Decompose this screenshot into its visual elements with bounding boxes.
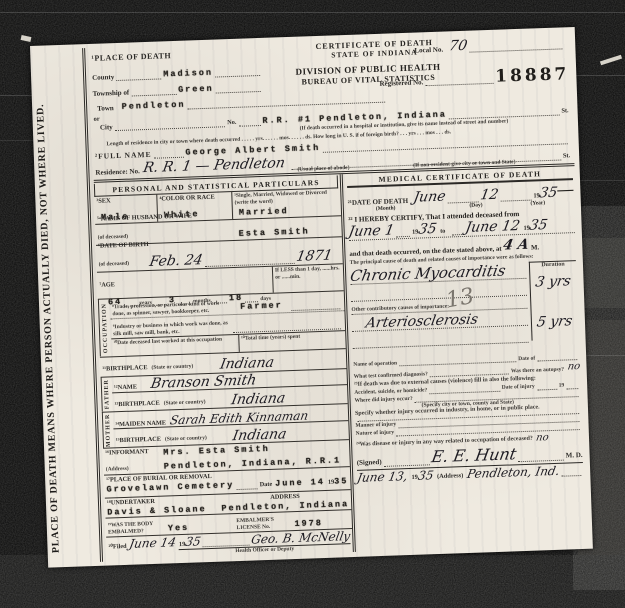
address-label: (Address): [437, 472, 463, 480]
injury-year-prefix: 19: [559, 383, 565, 390]
spouse-value: Esta Smith: [239, 227, 310, 239]
father-bp-value: Indiana: [230, 391, 286, 407]
dotted-leader: [384, 462, 430, 467]
residence-st-label: St.: [563, 153, 570, 161]
license-label: EMBALMER'S LICENSE No.: [236, 517, 284, 532]
local-no-label: Local No.: [414, 45, 443, 54]
dotted-leader: [291, 307, 340, 312]
filed-label: ²⁰Filed: [108, 543, 126, 551]
dotted-leader: [216, 89, 261, 94]
contributory-value: Arteriosclerosis: [365, 312, 479, 330]
embalmed-value: Yes: [168, 523, 190, 534]
dotted-leader: [562, 473, 582, 477]
county-row: County Madison: [92, 66, 262, 82]
signed-year-value: 35: [417, 469, 434, 482]
birthplace-sublabel: (State or country): [151, 363, 193, 370]
sex-label: ³SEX: [96, 196, 154, 206]
occupation-block: OCCUPATION ⁸Trade, profession, or partic…: [98, 292, 346, 358]
birthplace-label: ¹¹BIRTHPLACE: [102, 364, 147, 373]
burial-date-value: June 14: [275, 477, 325, 489]
registered-no-label: Registered No.: [379, 78, 423, 88]
cause-duration-value: 3 yrs: [535, 274, 573, 289]
signed-date-value: June 13,: [356, 470, 408, 484]
ink-dash: —: [557, 181, 574, 200]
father-bp-label: ¹³BIRTHPLACE: [114, 399, 159, 408]
town-label: Town: [97, 104, 114, 113]
age-label: ⁷AGE: [99, 282, 115, 290]
filed-year-value: 35: [184, 536, 201, 549]
date-of-label: Date of: [518, 355, 535, 362]
cause-of-death-area: 13 Chronic Myocarditis Other contributor…: [350, 260, 579, 360]
occupation-rows: ⁸Trade, profession, or particular kind o…: [110, 292, 346, 357]
father-bp-sublabel: (State or country): [164, 399, 206, 406]
certificate-form: ¹PLACE OF DEATH CERTIFICATE OF DEATH STA…: [82, 31, 588, 562]
marital-value: Married: [239, 206, 289, 218]
dob-year-value: 1871: [296, 249, 334, 264]
full-name-label: ²FULL NAME: [95, 150, 152, 161]
attended-to-value: June 12: [464, 219, 521, 235]
dotted-leader: [451, 232, 463, 235]
father-vertical-label: FATHER: [101, 377, 113, 411]
medical-certificate-column: MEDICAL CERTIFICATE OF DEATH ²¹DATE OF D…: [343, 166, 588, 552]
physician-signature: E. E. Hunt: [430, 446, 517, 465]
pencil-number: 13: [444, 284, 476, 313]
city-label: City: [100, 123, 113, 132]
nature-label: Nature of injury: [356, 429, 395, 437]
mother-bp-value: Indiana: [231, 428, 287, 444]
autopsy-value: no: [566, 362, 580, 373]
color-label: ⁴COLOR OR RACE: [159, 193, 229, 203]
marital-label: ⁵Single, Married, Widowed or Divorced (w…: [234, 189, 338, 206]
signed-address-value: Pendleton, Ind.: [466, 464, 560, 479]
main-sections: PERSONAL AND STATISTICAL PARTICULARS ³SE…: [94, 163, 588, 561]
marital-cell: ⁵Single, Married, Widowed or Divorced (w…: [232, 188, 341, 219]
mother-bp-label: ¹⁵BIRTHPLACE: [116, 436, 161, 445]
dod-month-value: June: [413, 190, 447, 205]
spouse-label: ⁵ᵃNAME OF HUSBAND OR WIFE: [97, 213, 192, 223]
death-certificate-document: PLACE OF DEATH MEANS WHERE PERSON ACTUAL…: [30, 27, 593, 568]
signed-label: (Signed): [357, 458, 382, 467]
county-value: Madison: [163, 68, 213, 80]
dotted-leader: [518, 457, 564, 462]
month-sublabel: (Month): [376, 205, 396, 212]
dotted-leader: [215, 73, 260, 78]
personal-statistical-column: PERSONAL AND STATISTICAL PARTICULARS ³SE…: [94, 174, 356, 560]
scanned-page: PLACE OF DEATH MEANS WHERE PERSON ACTUAL…: [0, 0, 625, 608]
township-label: Township of: [93, 88, 130, 98]
dotted-leader: [566, 386, 578, 389]
film-scratch: [575, 180, 625, 181]
dod-day-value: 12: [479, 188, 499, 203]
license-value: 1978: [294, 518, 323, 529]
occupation-vertical-label: OCCUPATION: [98, 300, 112, 357]
dotted-leader: [115, 124, 226, 131]
local-no-value: 70: [448, 39, 468, 54]
filed-date-value: June 14: [128, 537, 177, 551]
dob-label: ⁶DATE OF BIRTH: [98, 241, 149, 250]
father-name-value: Branson Smith: [150, 373, 258, 391]
place-of-death-label: ¹PLACE OF DEATH: [91, 51, 171, 63]
birthplace-value: Indiana: [219, 356, 275, 372]
burial-year-value: 35: [334, 476, 349, 486]
dotted-leader: [425, 81, 493, 86]
township-row: Township of Green: [92, 82, 262, 98]
residence-label: Residence: No.: [95, 167, 140, 177]
operation-label: Name of operation: [353, 360, 397, 368]
county-label: County: [92, 73, 114, 82]
dotted-leader: [469, 46, 562, 52]
industry-label: ⁹Industry or business in which work was …: [113, 320, 231, 337]
dotted-leader: [131, 92, 176, 97]
contributory-duration-value: 5 yrs: [536, 314, 574, 329]
duration-label: Duration: [541, 261, 565, 269]
dotted-leader: [396, 234, 410, 237]
father-name-label: ¹²NAME: [114, 384, 137, 392]
film-scratch: [575, 75, 625, 76]
dob-sublabel: (of deceased): [99, 261, 130, 268]
mother-vertical-label: MOTHER: [102, 412, 114, 448]
related-value: no: [535, 433, 549, 444]
film-scratch: [0, 12, 625, 13]
mother-bp-sublabel: (State or country): [165, 435, 207, 442]
meridiem-label: M.: [531, 244, 539, 251]
burial-date-label: Date: [260, 481, 273, 489]
trade-label: ⁸Trade, profession, or particular kind o…: [112, 300, 230, 317]
to-label: to: [440, 228, 446, 236]
town-value: Pendleton: [121, 100, 185, 112]
duration-box: Duration 3 yrs 5 yrs: [529, 260, 579, 341]
external-causes-block: ²³If death was due to external causes (v…: [354, 374, 582, 437]
death-time-value: 4 A: [502, 238, 530, 253]
age-less-note: If LESS than 1 day, ......hrs. or ......…: [272, 265, 344, 293]
dob-value: Feb. 24: [148, 253, 203, 269]
informant-addr-label: (Address): [106, 465, 164, 474]
injury-date-label: Date of injury: [502, 384, 535, 392]
to-year-value: 35: [529, 218, 549, 233]
registered-no-value: 18887: [495, 64, 570, 87]
attended-from-value: June 1: [347, 223, 395, 239]
informant-value: Mrs. Esta Smith: [163, 444, 270, 458]
from-year-value: 35: [417, 222, 437, 237]
embalmed-label: ¹⁹WAS THE BODY EMBALMED?: [108, 521, 160, 536]
st-label: St.: [561, 108, 568, 116]
informant-label: ¹⁶INFORMANT: [105, 448, 163, 458]
dotted-leader: [236, 486, 257, 490]
dotted-leader: [116, 76, 161, 81]
township-value: Green: [178, 84, 214, 95]
md-label: M. D.: [566, 451, 583, 460]
no-label: No.: [227, 119, 237, 127]
trade-value: Farmer: [240, 301, 283, 312]
place-of-death-section: ¹PLACE OF DEATH CERTIFICATE OF DEATH STA…: [89, 31, 574, 176]
dod-year-value: 35: [538, 186, 558, 201]
autopsy-label: Was there an autopsy?: [511, 366, 564, 374]
dotted-leader: [188, 100, 386, 110]
